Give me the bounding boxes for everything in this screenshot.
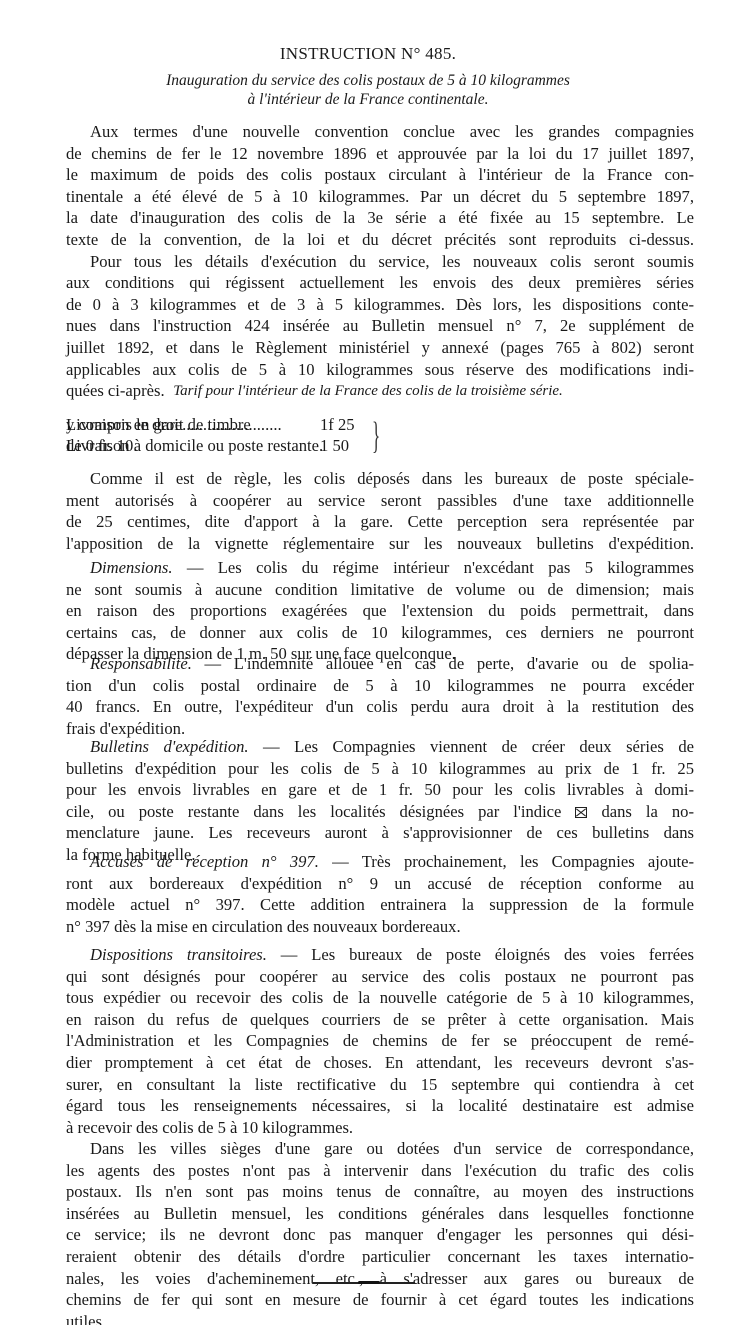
text-line: bulletins d'expédition pour les colis de… (66, 758, 694, 780)
text-line: les agents des postes n'ont pas à interv… (66, 1160, 694, 1182)
dispositions-section: Dispositions transitoires. — Les bureaux… (66, 944, 694, 1138)
text-line: Bulletins d'expédition. — Les Compagnies… (66, 736, 694, 758)
brace-icon: } (372, 416, 380, 456)
text-line: qui sont désignés pour coopérer au servi… (66, 966, 694, 988)
text-run: — Les bureaux de poste éloignés des voie… (267, 945, 694, 964)
text-line: surer, en consultant la liste rectificat… (66, 1074, 694, 1096)
text-line: tinentale a été élevé de 5 à 10 kilogram… (66, 186, 694, 208)
text-line: ment autorisés à coopérer au service ser… (66, 490, 694, 512)
instruction-title: INSTRUCTION N° 485. (0, 44, 736, 64)
text-line: pour les envois livrables en gare et de … (66, 779, 694, 801)
text-line: de chemins de fer le 12 novembre 1896 et… (66, 143, 694, 165)
text-line: juillet 1892, et dans le Règlement minis… (66, 337, 694, 359)
text-line: Dimensions. — Les colis du régime intéri… (66, 557, 694, 579)
text-line: 40 francs. En outre, l'expéditeur d'un c… (66, 696, 694, 718)
responsabilite-section: Responsabilité. — L'indemnité allouée en… (66, 653, 694, 739)
text-line: applicables aux colis de 5 à 10 kilogram… (66, 359, 694, 381)
tarif-note: de 0 fr. 10. (66, 435, 137, 456)
text-line: dier promptement à cet état de choses. E… (66, 1052, 694, 1074)
villes-section: Dans les villes sièges d'une gare ou dot… (66, 1138, 694, 1325)
text-line: nues dans l'instruction 424 insérée au B… (66, 315, 694, 337)
text-line: Pour tous les détails d'exécution du ser… (66, 251, 694, 273)
text-line: l'Administration et les Compagnies de ch… (66, 1030, 694, 1052)
text-line: l'apposition de la vignette réglementair… (66, 533, 694, 555)
dimensions-section: Dimensions. — Les colis du régime intéri… (66, 557, 694, 665)
postal-index-icon (575, 807, 587, 818)
subtitle-line-2: à l'intérieur de la France continentale. (0, 91, 736, 109)
text-line: certains cas, de donner aux colis de 10 … (66, 622, 694, 644)
text-line: menclature jaune. Les receveurs auront à… (66, 822, 694, 844)
text-line: Comme il est de règle, les colis déposés… (66, 468, 694, 490)
text-line: tous expédier ou recevoir des colis de l… (66, 987, 694, 1009)
text-run: — Les colis du régime intérieur n'excéda… (173, 558, 694, 577)
text-line: en raison du refus de quelques courriers… (66, 1009, 694, 1031)
text-line: aux conditions qui régissent actuellemen… (66, 272, 694, 294)
text-line: le maximum de poids des colis postaux ci… (66, 164, 694, 186)
text-run: — Les Compagnies viennent de créer deux … (249, 737, 694, 756)
text-line: cile, ou poste restante dans les localit… (66, 801, 694, 823)
tarif-price: 1f 25 (320, 414, 366, 435)
text-line: modèle actuel n° 397. Cette addition ent… (66, 894, 694, 916)
tarif-table: Livraison en gare.......................… (66, 414, 706, 458)
tarif-note: y compris le droit de timbre (66, 414, 251, 435)
text-line: ront aux bordereaux d'expédition n° 9 un… (66, 873, 694, 895)
text-line: de 25 centimes, dite d'apport à la gare.… (66, 511, 694, 533)
text-line: reraient obtenir des détails d'ordre par… (66, 1246, 694, 1268)
text-line: de 0 à 3 kilogrammes et de 3 à 5 kilogra… (66, 294, 694, 316)
bulletins-section: Bulletins d'expédition. — Les Compagnies… (66, 736, 694, 866)
text-line: la date d'inauguration des colis de la 3… (66, 207, 694, 229)
text-line: Aux termes d'une nouvelle convention con… (66, 121, 694, 143)
section-heading: Bulletins d'expédition. (90, 737, 249, 756)
text-line: égard tous les renseignements nécessaire… (66, 1095, 694, 1117)
text-line: ce service; ils ne devront donc pas manq… (66, 1224, 694, 1246)
text-run: — Très prochainement, les Compagnies ajo… (319, 852, 694, 871)
intro-section: Aux termes d'une nouvelle convention con… (66, 121, 694, 402)
section-heading: Dispositions transitoires. (90, 945, 267, 964)
tarif-price: 1 50 (320, 435, 366, 456)
text-line: Dans les villes sièges d'une gare ou dot… (66, 1138, 694, 1160)
subtitle-line-1: Inauguration du service des colis postau… (0, 72, 736, 90)
text-line: n° 397 dès la mise en circulation des no… (66, 916, 694, 938)
end-rule-divider (313, 1282, 415, 1284)
apport-section: Comme il est de règle, les colis déposés… (66, 468, 694, 554)
text-line: postaux. Ils n'en sont pas moins tenus d… (66, 1181, 694, 1203)
text-line: Dispositions transitoires. — Les bureaux… (66, 944, 694, 966)
text-line: nales, les voies d'acheminement, etc., à… (66, 1268, 694, 1290)
text-run: cile, ou poste restante dans les localit… (66, 802, 561, 821)
text-line: en raison des proportions exagérées que … (66, 600, 694, 622)
tarif-caption: Tarif pour l'intérieur de la France des … (0, 383, 736, 400)
text-line: Responsabilité. — L'indemnité allouée en… (66, 653, 694, 675)
text-line: chemins de fer qui sont en mesure de fou… (66, 1289, 694, 1311)
text-line: insérées au Bulletin mensuel, les condit… (66, 1203, 694, 1225)
text-line: Accusés de réception n° 397. — Très proc… (66, 851, 694, 873)
accuses-section: Accusés de réception n° 397. — Très proc… (66, 851, 694, 937)
text-line: utiles. (66, 1311, 694, 1325)
text-run: — L'indemnité allouée en cas de perte, d… (192, 654, 694, 673)
section-heading: Accusés de réception n° 397. (90, 852, 319, 871)
section-heading: Responsabilité. (90, 654, 192, 673)
text-line: à recevoir des colis de 5 à 10 kilogramm… (66, 1117, 694, 1139)
text-line: tion d'un colis postal ordinaire de 5 à … (66, 675, 694, 697)
document-page: INSTRUCTION N° 485. Inauguration du serv… (0, 0, 736, 1325)
text-run: dans la no- (601, 802, 694, 821)
section-heading: Dimensions. (90, 558, 173, 577)
text-line: texte de la convention, de la loi et du … (66, 229, 694, 251)
text-line: ne sont soumis à aucune condition limita… (66, 579, 694, 601)
